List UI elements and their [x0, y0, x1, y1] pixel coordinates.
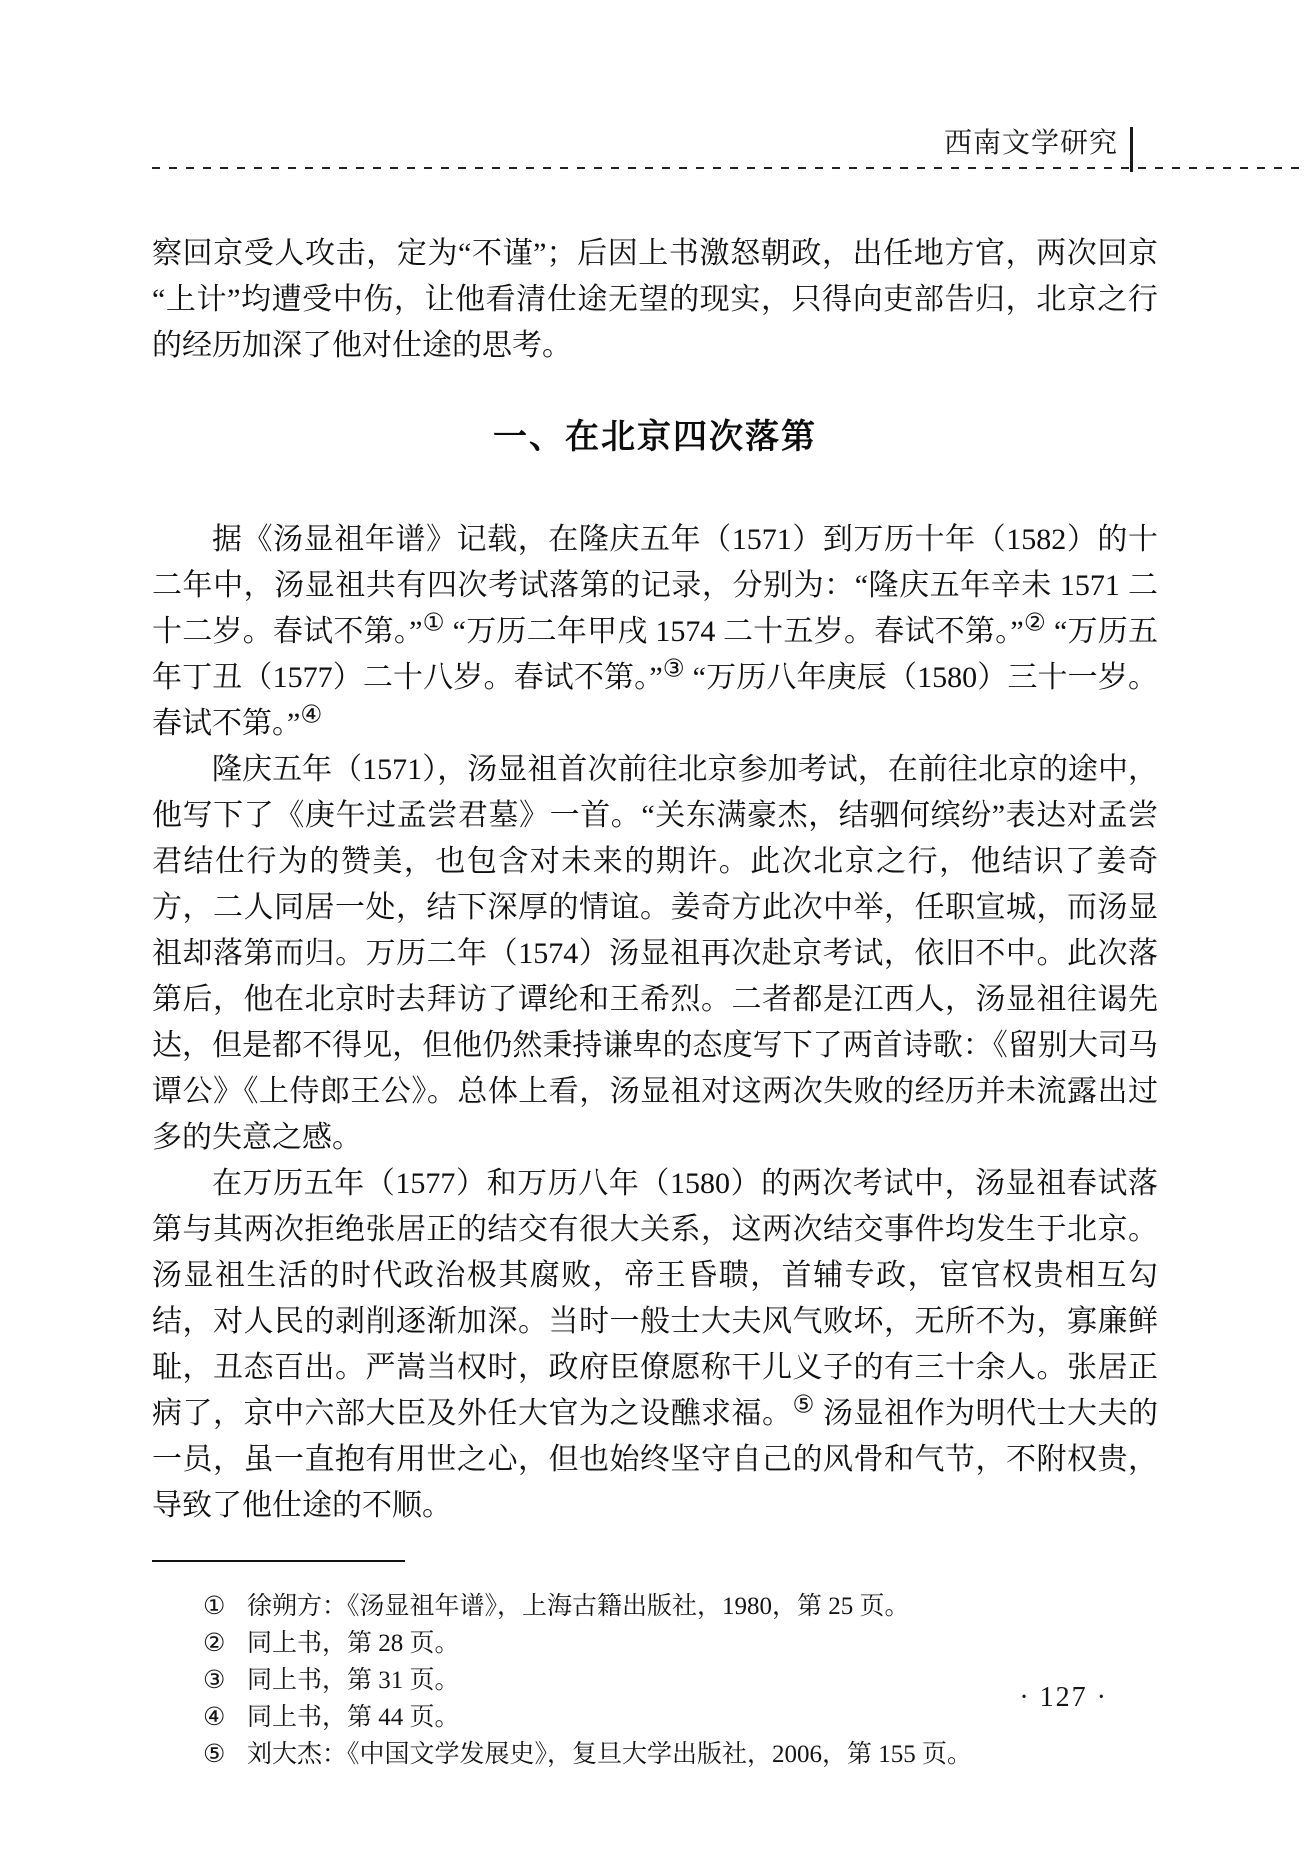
footnote-marker: ①: [203, 1588, 247, 1625]
footnote-marker: ②: [203, 1625, 247, 1662]
footnote-marker: ④: [203, 1699, 247, 1736]
footnote-text: 同上书，第 44 页。: [247, 1704, 460, 1731]
footnote-item: ②同上书，第 28 页。: [203, 1625, 1158, 1662]
article-body: 察回京受人攻击，定为“不谨”；后因上书激怒朝政，出任地方官，两次回京“上计”均遭…: [152, 0, 1158, 1773]
footnote-marker: ⑤: [203, 1736, 247, 1773]
paragraph: 在万历五年（1577）和万历八年（1580）的两次考试中，汤显祖春试落第与其两次…: [152, 1161, 1158, 1529]
footnote-text: 徐朔方：《汤显祖年谱》，上海古籍出版社，1980，第 25 页。: [247, 1593, 910, 1620]
footnote-text: 同上书，第 31 页。: [247, 1667, 460, 1694]
footnotes: ①徐朔方：《汤显祖年谱》，上海古籍出版社，1980，第 25 页。 ②同上书，第…: [152, 1588, 1158, 1773]
page-number: · 127 ·: [1019, 1682, 1108, 1714]
document-page: 西南文学研究 察回京受人攻击，定为“不谨”；后因上书激怒朝政，出任地方官，两次回…: [0, 0, 1307, 1859]
footnote-marker: ③: [203, 1662, 247, 1699]
footnote-item: ③同上书，第 31 页。: [203, 1662, 1158, 1699]
footnote-item: ④同上书，第 44 页。: [203, 1699, 1158, 1736]
footnote-separator: [152, 1560, 405, 1562]
section-heading: 一、在北京四次落第: [152, 414, 1158, 460]
footnote-text: 刘大杰：《中国文学发展史》，复旦大学出版社，2006，第 155 页。: [247, 1741, 972, 1768]
paragraph: 隆庆五年（1571），汤显祖首次前往北京参加考试，在前往北京的途中，他写下了《庚…: [152, 747, 1158, 1161]
footnote-text: 同上书，第 28 页。: [247, 1630, 460, 1657]
footnote-item: ⑤刘大杰：《中国文学发展史》，复旦大学出版社，2006，第 155 页。: [203, 1736, 1158, 1773]
paragraph-continuation: 察回京受人攻击，定为“不谨”；后因上书激怒朝政，出任地方官，两次回京“上计”均遭…: [152, 231, 1158, 369]
footnote-item: ①徐朔方：《汤显祖年谱》，上海古籍出版社，1980，第 25 页。: [203, 1588, 1158, 1625]
paragraph: 据《汤显祖年谱》记载，在隆庆五年（1571）到万历十年（1582）的十二年中，汤…: [152, 517, 1158, 747]
